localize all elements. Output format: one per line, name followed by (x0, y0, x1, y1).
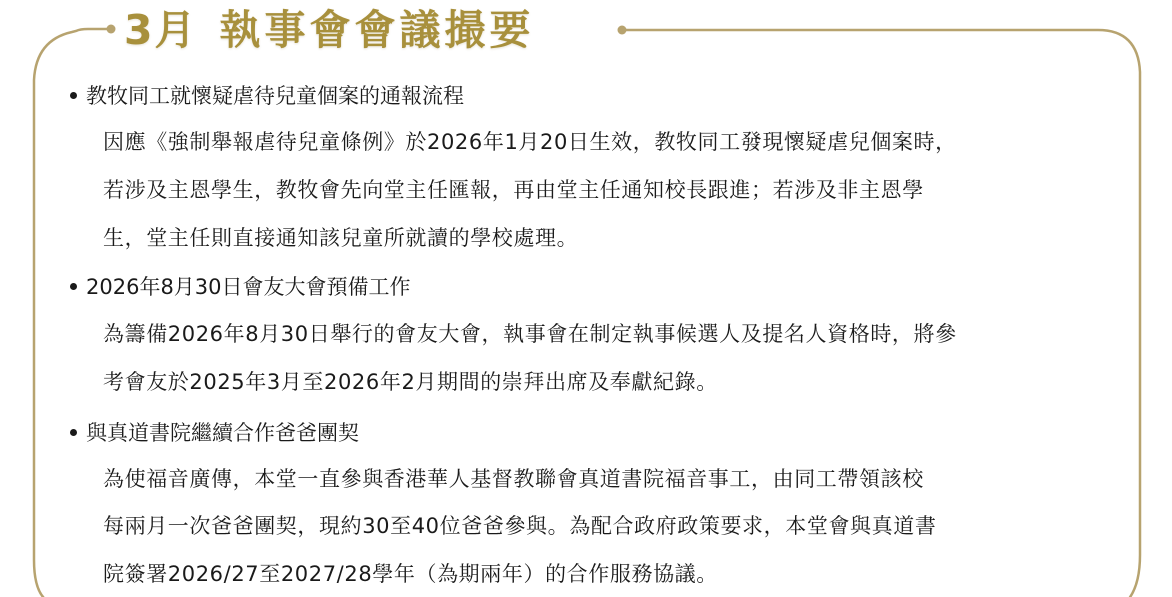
title-month: 3月 (124, 6, 198, 54)
frame-dot-left (107, 25, 116, 34)
section-body-line: 生，堂主任則直接通知該兒童所就讀的學校處理。 (103, 223, 578, 253)
section-heading-text: 2026年8月30日會友大會預備工作 (86, 275, 411, 299)
title-text: 執事會會議撮要 (220, 6, 535, 54)
bullet-icon (70, 429, 77, 436)
section-body-line: 院簽署2026/27至2027/28學年（為期兩年）的合作服務協議。 (103, 559, 718, 589)
section-heading-text: 與真道書院繼續合作爸爸團契 (86, 421, 359, 445)
section-body-line: 若涉及主恩學生，教牧會先向堂主任匯報，再由堂主任通知校長跟進；若涉及非主恩學 (103, 175, 924, 205)
section-body-line: 因應《強制舉報虐待兒童條例》於2026年1月20日生效，教牧同工發現懷疑虐兒個案… (103, 127, 957, 157)
page-title: 3月執事會會議撮要 (124, 2, 535, 58)
bullet-icon (70, 92, 77, 99)
section-heading: 教牧同工就懷疑虐待兒童個案的通報流程 (70, 81, 464, 111)
section-body-line: 為使福音廣傳，本堂一直參與香港華人基督教聯會真道書院福音事工，由同工帶領該校 (103, 464, 924, 494)
section-body-line: 為籌備2026年8月30日舉行的會友大會，執事會在制定執事候選人及提名人資格時，… (103, 319, 957, 349)
section-heading: 與真道書院繼續合作爸爸團契 (70, 418, 359, 448)
section-body-line: 考會友於2025年3月至2026年2月期間的崇拜出席及奉獻紀錄。 (103, 367, 718, 397)
section-body-line: 每兩月一次爸爸團契，現約30至40位爸爸參與。為配合政府政策要求，本堂會與真道書 (103, 511, 936, 541)
frame-dot-right (618, 26, 627, 35)
section-heading: 2026年8月30日會友大會預備工作 (70, 272, 411, 302)
section-heading-text: 教牧同工就懷疑虐待兒童個案的通報流程 (86, 84, 464, 108)
frame-left-border (34, 29, 111, 597)
bullet-icon (70, 283, 77, 290)
